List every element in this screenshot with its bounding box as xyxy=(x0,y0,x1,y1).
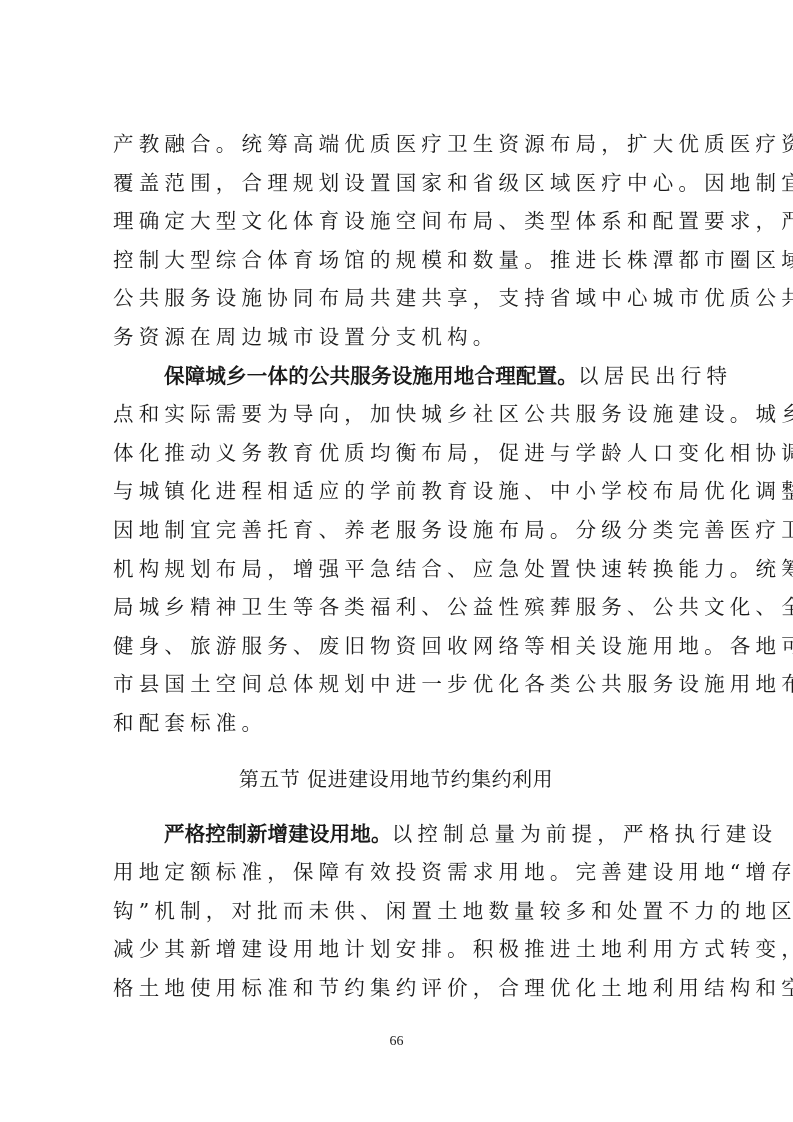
text-line: 覆盖范围，合理规划设置国家和省级区域医疗中心。因地制宜合 xyxy=(113,164,679,203)
text-line: 市县国土空间总体规划中进一步优化各类公共服务设施用地布局 xyxy=(113,665,679,704)
text-line: 体化推动义务教育优质均衡布局，促进与学龄人口变化相协调、 xyxy=(113,434,679,473)
text-line: 点和实际需要为导向，加快城乡社区公共服务设施建设。城乡一 xyxy=(113,395,679,434)
text-line-first: 严格控制新增建设用地。以控制总量为前提，严格执行建设 xyxy=(113,815,679,854)
text-run: 以居民出行特 xyxy=(578,364,732,388)
text-line: 和配套标准。 xyxy=(113,704,679,743)
text-line: 钩”机制，对批而未供、闲置土地数量较多和处置不力的地区， xyxy=(113,892,679,931)
document-page: 产教融合。统筹高端优质医疗卫生资源布局，扩大优质医疗资源 覆盖范围，合理规划设置… xyxy=(113,125,679,1007)
page-number: 66 xyxy=(0,1034,793,1050)
section-heading: 第五节 促进建设用地节约集约利用 xyxy=(113,749,679,809)
paragraph-1: 产教融合。统筹高端优质医疗卫生资源布局，扩大优质医疗资源 覆盖范围，合理规划设置… xyxy=(113,125,679,357)
text-line: 减少其新增建设用地计划安排。积极推进土地利用方式转变，严 xyxy=(113,930,679,969)
text-line-first: 保障城乡一体的公共服务设施用地合理配置。以居民出行特 xyxy=(113,357,679,396)
text-line: 理确定大型文化体育设施空间布局、类型体系和配置要求，严格 xyxy=(113,202,679,241)
text-line: 因地制宜完善托育、养老服务设施布局。分级分类完善医疗卫生 xyxy=(113,511,679,550)
paragraph-lead-bold: 严格控制新增建设用地。 xyxy=(164,822,392,846)
text-line: 控制大型综合体育场馆的规模和数量。推进长株潭都市圈区域性 xyxy=(113,241,679,280)
text-line: 与城镇化进程相适应的学前教育设施、中小学校布局优化调整。 xyxy=(113,472,679,511)
text-line: 公共服务设施协同布局共建共享，支持省域中心城市优质公共服 xyxy=(113,279,679,318)
paragraph-2: 保障城乡一体的公共服务设施用地合理配置。以居民出行特 点和实际需要为导向，加快城… xyxy=(113,357,679,743)
text-line: 格土地使用标准和节约集约评价，合理优化土地利用结构和空间 xyxy=(113,969,679,1008)
text-line: 健身、旅游服务、废旧物资回收网络等相关设施用地。各地可在 xyxy=(113,627,679,666)
text-line: 用地定额标准，保障有效投资需求用地。完善建设用地“增存挂 xyxy=(113,853,679,892)
text-line: 务资源在周边城市设置分支机构。 xyxy=(113,318,679,357)
text-line: 局城乡精神卫生等各类福利、公益性殡葬服务、公共文化、全民 xyxy=(113,588,679,627)
paragraph-lead-bold: 保障城乡一体的公共服务设施用地合理配置。 xyxy=(164,364,578,388)
text-line: 机构规划布局，增强平急结合、应急处置快速转换能力。统筹布 xyxy=(113,550,679,589)
paragraph-3: 严格控制新增建设用地。以控制总量为前提，严格执行建设 用地定额标准，保障有效投资… xyxy=(113,815,679,1008)
text-run: 以控制总量为前提，严格执行建设 xyxy=(392,822,778,846)
text-line: 产教融合。统筹高端优质医疗卫生资源布局，扩大优质医疗资源 xyxy=(113,125,679,164)
